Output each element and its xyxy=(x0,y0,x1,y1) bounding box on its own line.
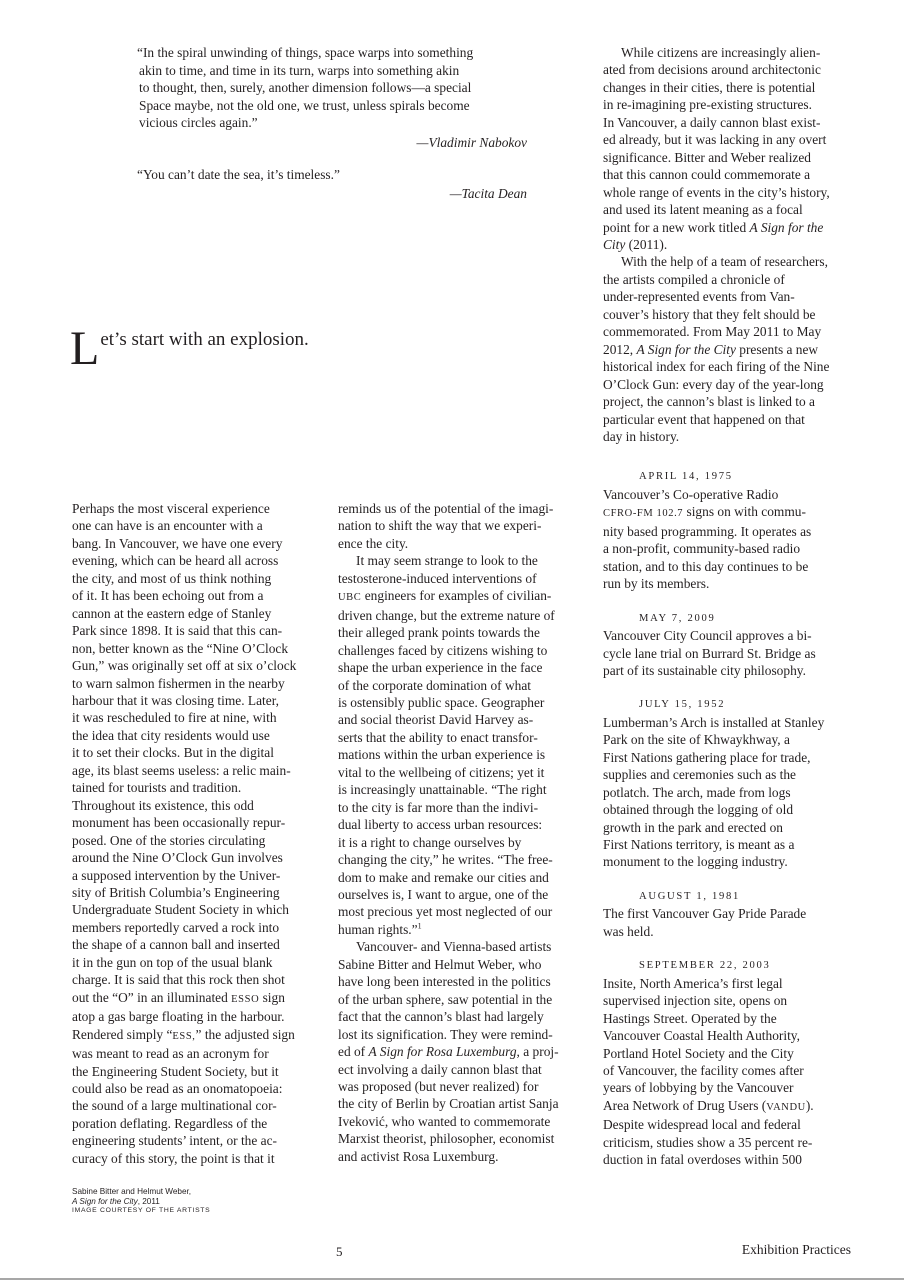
text-line: whole range of events in the city’s hist… xyxy=(603,184,859,201)
text-line: potlatch. The arch, made from logs xyxy=(603,784,859,801)
text-line: commemorated. From May 2011 to May xyxy=(603,323,859,340)
text-line: it in the gun on top of the usual blank xyxy=(72,954,327,971)
text-line: charge. It is said that this rock then s… xyxy=(72,971,327,988)
caption-year: , 2011 xyxy=(138,1197,160,1206)
paragraph: Vancouver- and Vienna-based artistsSabin… xyxy=(338,938,596,1165)
event-date: May 7, 2009 xyxy=(603,610,859,627)
text-line: Hastings Street. Operated by the xyxy=(603,1010,859,1027)
line-with-italic-title: point for a new work titled A Sign for t… xyxy=(603,219,859,236)
text-line: posed. One of the stories circulating xyxy=(72,832,327,849)
text-line: sity of British Columbia’s Engineering xyxy=(72,884,327,901)
text-line: the city, and most of us think nothing xyxy=(72,570,327,587)
event-description: Lumberman’s Arch is installed at Stanley… xyxy=(603,714,859,871)
text-line: ence the city. xyxy=(338,535,596,552)
event-entry: September 22, 2003Insite, North America’… xyxy=(603,957,859,1168)
event-description: Vancouver’s Co-operative RadioCFRO-FM 10… xyxy=(603,486,859,593)
text-line: age, its blast seems useless: a relic ma… xyxy=(72,762,327,779)
line-with-italic-title: ed of A Sign for Rosa Luxemburg, a proj- xyxy=(338,1043,596,1060)
text-line: ed already, but it was lacking in any ov… xyxy=(603,131,859,148)
text-line: Throughout its existence, this odd xyxy=(72,797,327,814)
text-line: UBC engineers for examples of civilian- xyxy=(338,587,596,606)
text-line: vital to the wellbeing of citizens; yet … xyxy=(338,764,596,781)
page-number: 5 xyxy=(336,1244,343,1260)
epigraph-attribution: —Tacita Dean xyxy=(137,185,527,203)
text-line: obtained through the logging of old xyxy=(603,801,859,818)
text-line: Rendered simply “ESS,” the adjusted sign xyxy=(72,1026,327,1045)
text-line: Gun,” was originally set off at six o’cl… xyxy=(72,657,327,674)
text-line: it is a right to change ourselves by xyxy=(338,834,596,851)
text-line: the artists compiled a chronicle of xyxy=(603,271,859,288)
event-date: July 15, 1952 xyxy=(603,696,859,713)
epigraph-quote: “In the spiral unwinding of things, spac… xyxy=(137,44,527,132)
acronym: ESSO xyxy=(231,994,259,1005)
text-line: the Engineering Student Society, but it xyxy=(72,1063,327,1080)
text-line: was meant to read as an acronym for xyxy=(72,1045,327,1062)
text-line: station, and to this day continues to be xyxy=(603,558,859,575)
artwork-title: City xyxy=(603,237,625,252)
text-line: of it. It has been echoing out from a xyxy=(72,587,327,604)
text-line: Marxist theorist, philosopher, economist xyxy=(338,1130,596,1147)
event-entry: July 15, 1952Lumberman’s Arch is install… xyxy=(603,696,859,871)
epigraph-quote: “You can’t date the sea, it’s timeless.” xyxy=(137,166,527,184)
text-line: that this cannon could commemorate a xyxy=(603,166,859,183)
text-line: a supposed intervention by the Univer- xyxy=(72,867,327,884)
text-line: the sound of a large multinational cor- xyxy=(72,1097,327,1114)
event-description: Insite, North America’s first legalsuper… xyxy=(603,975,859,1169)
text-line: years of lobbying by the Vancouver xyxy=(603,1079,859,1096)
text-line: dual liberty to access urban resources: xyxy=(338,816,596,833)
text-line: challenges faced by citizens wishing to xyxy=(338,642,596,659)
text-line: cannon at the eastern edge of Stanley xyxy=(72,605,327,622)
text-line: of Vancouver, the facility comes after xyxy=(603,1062,859,1079)
epigraph-nabokov: “In the spiral unwinding of things, spac… xyxy=(137,44,527,151)
text-line: run by its members. xyxy=(603,575,859,592)
text-line: ect involving a daily cannon blast that xyxy=(338,1061,596,1078)
text-line: out the “O” in an illuminated ESSO sign xyxy=(72,989,327,1008)
text-line: driven change, but the extreme nature of xyxy=(338,607,596,624)
event-entry: August 1, 1981The first Vancouver Gay Pr… xyxy=(603,888,859,940)
text-line: particular event that happened on that xyxy=(603,411,859,428)
text-line: atop a gas barge floating in the harbour… xyxy=(72,1008,327,1025)
text-line: harbour that it was closing time. Later, xyxy=(72,692,327,709)
text-line: cycle lane trial on Burrard St. Bridge a… xyxy=(603,645,859,662)
text-line: most precious yet most neglected of our xyxy=(338,903,596,920)
text-line: shape the urban experience in the face xyxy=(338,659,596,676)
line-with-italic-title: City (2011). xyxy=(603,236,859,253)
text-line: historical index for each firing of the … xyxy=(603,358,859,375)
text-line: criticism, studies show a 35 percent re- xyxy=(603,1134,859,1151)
text-line: part of its sustainable city philosophy. xyxy=(603,662,859,679)
text-line: With the help of a team of researchers, xyxy=(603,253,859,270)
artwork-title: A Sign for the xyxy=(750,220,824,235)
text-line: Undergraduate Student Society in which xyxy=(72,901,327,918)
acronym: UBC xyxy=(338,592,361,603)
epigraph-dean: “You can’t date the sea, it’s timeless.”… xyxy=(137,166,527,202)
text-line: it was rescheduled to fire at nine, with xyxy=(72,709,327,726)
text-line: Vancouver Coastal Health Authority, xyxy=(603,1027,859,1044)
text-line: is ostensibly public space. Geographer xyxy=(338,694,596,711)
text-line: changing the city,” he writes. “The free… xyxy=(338,851,596,868)
text-line: Park on the site of Khwaykhway, a xyxy=(603,731,859,748)
text-line: couver’s history that they felt should b… xyxy=(603,306,859,323)
text-line: nation to shift the way that we experi- xyxy=(338,517,596,534)
text-line: In Vancouver, a daily cannon blast exist… xyxy=(603,114,859,131)
text-line: testosterone-induced interventions of xyxy=(338,570,596,587)
text-line: ourselves is, I want to argue, one of th… xyxy=(338,886,596,903)
running-head: Exhibition Practices xyxy=(742,1242,851,1258)
text-line: While citizens are increasingly alien- xyxy=(603,44,859,61)
text-line: engineering students’ intent, or the ac- xyxy=(72,1132,327,1149)
text-line: was held. xyxy=(603,923,859,940)
line-with-italic-title: 2012, A Sign for the City presents a new xyxy=(603,341,859,358)
text-line: poration deflating. Regardless of the xyxy=(72,1115,327,1132)
event-entry: May 7, 2009Vancouver City Council approv… xyxy=(603,610,859,680)
paragraph: reminds us of the potential of the imagi… xyxy=(338,500,596,552)
epigraphs: “In the spiral unwinding of things, spac… xyxy=(137,44,527,202)
epigraph-attribution: —Vladimir Nabokov xyxy=(137,134,527,152)
text-line: fact that the cannon’s blast had largely xyxy=(338,1008,596,1025)
text-line: It may seem strange to look to the xyxy=(338,552,596,569)
acronym: VANDU xyxy=(766,1102,806,1113)
paragraph: While citizens are increasingly alien-at… xyxy=(603,44,859,219)
text-line: Sabine Bitter and Helmut Weber, who xyxy=(338,956,596,973)
text-line: non, better known as the “Nine O’Clock xyxy=(72,640,327,657)
text-line: the shape of a cannon ball and inserted xyxy=(72,936,327,953)
caption-title: A Sign for the City xyxy=(72,1197,138,1206)
text-line: members reportedly carved a rock into xyxy=(72,919,327,936)
caption-title-line: A Sign for the City, 2011 xyxy=(72,1197,210,1207)
text-line: significance. Bitter and Weber realized xyxy=(603,149,859,166)
event-entry: April 14, 1975Vancouver’s Co-operative R… xyxy=(603,468,859,592)
text-line: CFRO-FM 102.7 signs on with commu- xyxy=(603,503,859,522)
text-line: changes in their cities, there is potent… xyxy=(603,79,859,96)
heading-text: et’s start with an explosion. xyxy=(100,329,308,350)
text-line: lost its signification. They were remind… xyxy=(338,1026,596,1043)
text-line: and used its latent meaning as a focal xyxy=(603,201,859,218)
body-column-1: Perhaps the most visceral experienceone … xyxy=(72,500,327,1167)
artwork-title: A Sign for Rosa Luxemburg xyxy=(369,1044,517,1059)
text-line: O’Clock Gun: every day of the year-long xyxy=(603,376,859,393)
event-date: April 14, 1975 xyxy=(603,468,859,485)
section-heading: Let’s start with an explosion. xyxy=(70,328,309,375)
text-line: around the Nine O’Clock Gun involves xyxy=(72,849,327,866)
text-line: curacy of this story, the point is that … xyxy=(72,1150,327,1167)
text-line: it to set their clocks. But in the digit… xyxy=(72,744,327,761)
text-line: ated from decisions around architectonic xyxy=(603,61,859,78)
text-line: their alleged prank points towards the xyxy=(338,624,596,641)
footnote-marker[interactable]: 1 xyxy=(418,921,422,930)
acronym: CFRO-FM 102.7 xyxy=(603,508,683,519)
text-line: of the urban sphere, saw potential in th… xyxy=(338,991,596,1008)
paragraph: It may seem strange to look to thetestos… xyxy=(338,552,596,938)
text-line: in re-imagining pre-existing structures. xyxy=(603,96,859,113)
text-line: to warn salmon fishermen in the nearby xyxy=(72,675,327,692)
event-date: September 22, 2003 xyxy=(603,957,859,974)
caption-credit: Image courtesy of the artists xyxy=(72,1206,210,1216)
body-column-2: reminds us of the potential of the imagi… xyxy=(338,500,596,1165)
paragraph: With the help of a team of researchers,t… xyxy=(603,253,859,340)
text-line: duction in fatal overdoses within 500 xyxy=(603,1151,859,1168)
text-line: and social theorist David Harvey as- xyxy=(338,711,596,728)
text-line: human rights.”1 xyxy=(338,921,596,938)
event-description: Vancouver City Council approves a bi-cyc… xyxy=(603,627,859,679)
text-line: a non-profit, community-based radio xyxy=(603,540,859,557)
text-line: Portland Hotel Society and the City xyxy=(603,1045,859,1062)
event-description: The first Vancouver Gay Pride Paradewas … xyxy=(603,905,859,940)
text-line: bang. In Vancouver, we have one every xyxy=(72,535,327,552)
text-line: monument has been occasionally repur- xyxy=(72,814,327,831)
text-line: growth in the park and erected on xyxy=(603,819,859,836)
text-line: tained for tourists and tradition. xyxy=(72,779,327,796)
text-line: serts that the ability to enact transfor… xyxy=(338,729,596,746)
text-line: and activist Rosa Luxemburg. xyxy=(338,1148,596,1165)
drop-cap: L xyxy=(70,329,99,375)
caption-artists: Sabine Bitter and Helmut Weber, xyxy=(72,1187,210,1197)
text-line: the city of Berlin by Croatian artist Sa… xyxy=(338,1095,596,1112)
text-line: of the corporate domination of what xyxy=(338,677,596,694)
text-line: supplies and ceremonies such as the xyxy=(603,766,859,783)
text-line: Vancouver City Council approves a bi- xyxy=(603,627,859,644)
text-line: could also be read as an onomatopoeia: xyxy=(72,1080,327,1097)
text-line: First Nations gathering place for trade, xyxy=(603,749,859,766)
acronym: ESS, xyxy=(172,1031,195,1042)
text-line: was proposed (but never realized) for xyxy=(338,1078,596,1095)
text-line: Lumberman’s Arch is installed at Stanley xyxy=(603,714,859,731)
text-line: Insite, North America’s first legal xyxy=(603,975,859,992)
text-line: Vancouver’s Co-operative Radio xyxy=(603,486,859,503)
text-line: supervised injection site, opens on xyxy=(603,992,859,1009)
text-line: Iveković, who wanted to commemorate xyxy=(338,1113,596,1130)
text-line: under-represented events from Van- xyxy=(603,288,859,305)
text-line: Vancouver- and Vienna-based artists xyxy=(338,938,596,955)
paragraph-continued: historical index for each firing of the … xyxy=(603,358,859,445)
text-line: monument to the logging industry. xyxy=(603,853,859,870)
text-line: The first Vancouver Gay Pride Parade xyxy=(603,905,859,922)
text-line: mations within the urban experience is xyxy=(338,746,596,763)
text-line: Area Network of Drug Users (VANDU). xyxy=(603,1097,859,1116)
text-line: the idea that city residents would use xyxy=(72,727,327,744)
text-line: dom to make and remake our cities and xyxy=(338,869,596,886)
text-line: project, the cannon’s blast is linked to… xyxy=(603,393,859,410)
text-line: Park since 1898. It is said that this ca… xyxy=(72,622,327,639)
image-caption: Sabine Bitter and Helmut Weber, A Sign f… xyxy=(72,1187,210,1216)
text-line: reminds us of the potential of the imagi… xyxy=(338,500,596,517)
text-line: is increasingly unattainable. “The right xyxy=(338,781,596,798)
text-line: day in history. xyxy=(603,428,859,445)
text-line: evening, which can be heard all across xyxy=(72,552,327,569)
event-date: August 1, 1981 xyxy=(603,888,859,905)
text-line: Despite widespread local and federal xyxy=(603,1116,859,1133)
artwork-title: A Sign for the City xyxy=(636,342,735,357)
event-list: April 14, 1975Vancouver’s Co-operative R… xyxy=(603,468,859,1168)
text-line: Perhaps the most visceral experience xyxy=(72,500,327,517)
text-line: one can have is an encounter with a xyxy=(72,517,327,534)
text-line: have long been interested in the politic… xyxy=(338,973,596,990)
body-column-3: While citizens are increasingly alien-at… xyxy=(603,44,859,1169)
text-line: nity based programming. It operates as xyxy=(603,523,859,540)
text-line: to the city is far more than the indivi- xyxy=(338,799,596,816)
text-line: First Nations territory, is meant as a xyxy=(603,836,859,853)
